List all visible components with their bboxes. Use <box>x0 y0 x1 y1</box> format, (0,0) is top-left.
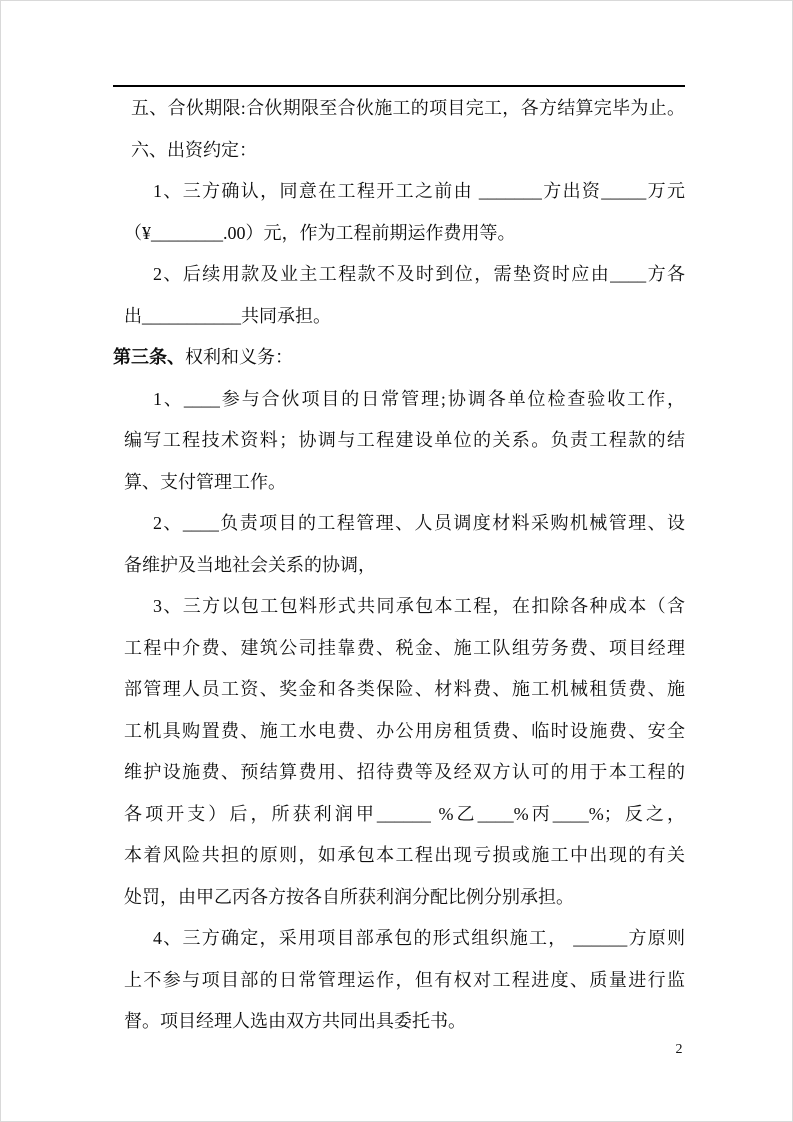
text-line: 督。项目经理人选由双方共同出具委托书。 <box>124 1001 685 1043</box>
text-line: 备维护及当地社会关系的协调， <box>124 545 685 587</box>
text-line: 各项开支）后，所获利润甲______ %乙____%丙____%；反之， <box>124 794 685 836</box>
heading-text: 权利和义务： <box>185 347 293 367</box>
text-line: 工程中介费、建筑公司挂靠费、税金、施工队组劳务费、项目经理 <box>124 628 685 670</box>
text-line: 六、出资约定： <box>124 130 685 172</box>
text-line: 1、三方确认，同意在工程开工之前由 _______方出资_____万元 <box>124 171 685 213</box>
document-page: 五、合伙期限:合伙期限至合伙施工的项目完工，各方结算完毕为止。六、出资约定：1、… <box>0 0 793 1122</box>
text-line: 3、三方以包工包料形式共同承包本工程，在扣除各种成本（含 <box>124 586 685 628</box>
text-line: 2、后续用款及业主工程款不及时到位，需垫资时应由____方各 <box>124 254 685 296</box>
text-line: 维护设施费、预结算费用、招待费等及经双方认可的用于本工程的 <box>124 752 685 794</box>
text-line: 工机具购置费、施工水电费、办公用房租赁费、临时设施费、安全 <box>124 711 685 753</box>
text-line: 处罚，由甲乙丙各方按各自所获利润分配比例分别承担。 <box>124 877 685 919</box>
heading-bold-prefix: 第三条、 <box>113 347 185 367</box>
text-line: 算、支付管理工作。 <box>124 462 685 504</box>
header-rule <box>113 85 685 87</box>
text-line: 出___________共同承担。 <box>124 296 685 338</box>
page-number: 2 <box>671 1041 687 1059</box>
text-line: 2、____负责项目的工程管理、人员调度材料采购机械管理、设 <box>124 503 685 545</box>
text-line: 部管理人员工资、奖金和各类保险、材料费、施工机械租赁费、施 <box>124 669 685 711</box>
text-line: 五、合伙期限:合伙期限至合伙施工的项目完工，各方结算完毕为止。 <box>124 88 685 130</box>
text-line: （¥________.00）元，作为工程前期运作费用等。 <box>124 213 685 255</box>
document-body: 五、合伙期限:合伙期限至合伙施工的项目完工，各方结算完毕为止。六、出资约定：1、… <box>124 88 685 1043</box>
text-line: 上不参与项目部的日常管理运作，但有权对工程进度、质量进行监 <box>124 960 685 1002</box>
text-line: 1、____参与合伙项目的日常管理;协调各单位检查验收工作， <box>124 379 685 421</box>
text-line: 4、三方确定，采用项目部承包的形式组织施工， ______方原则 <box>124 918 685 960</box>
text-line: 编写工程技术资料；协调与工程建设单位的关系。负责工程款的结 <box>124 420 685 462</box>
heading-line: 第三条、权利和义务： <box>113 337 685 379</box>
text-line: 本着风险共担的原则，如承包本工程出现亏损或施工中出现的有关 <box>124 835 685 877</box>
